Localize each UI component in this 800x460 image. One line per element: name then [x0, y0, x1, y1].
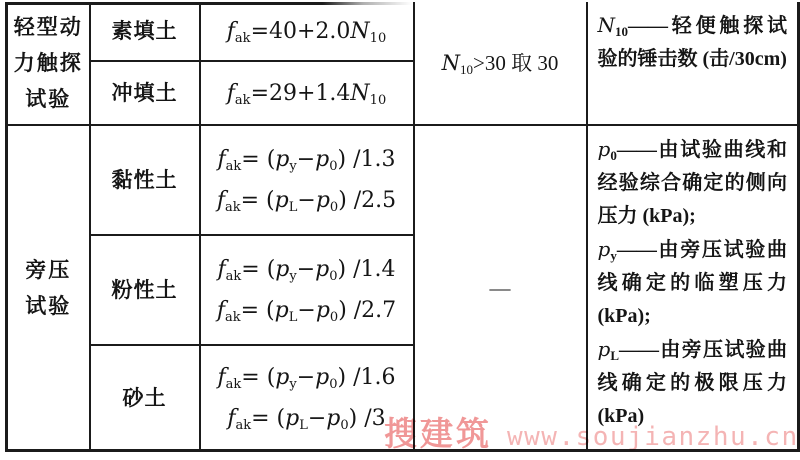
table-row: 旁压 试验 黏性土 fak= (py−p0) /1.3fak= (pL−p0) … — [7, 125, 799, 234]
table-top-border-fragment — [5, 2, 412, 5]
test-method-cell-dynamic-penetration: 轻型动 力触探 试验 — [7, 2, 90, 125]
notes-cell: N10——轻便触探试验的锤击数 (击/30cm) — [587, 2, 799, 125]
soil-type-cell: 冲填土 — [90, 61, 200, 125]
formula-cell: fak=29+1.4N10 — [200, 61, 414, 125]
formula-cell: fak=40+2.0N10 — [200, 2, 414, 61]
table-row: 轻型动 力触探 试验 素填土 fak=40+2.0N10 N10>30 取 30… — [7, 2, 799, 61]
soil-type-cell: 黏性土 — [90, 125, 200, 234]
notes-cell: p0——由试验曲线和经验综合确定的侧向压力 (kPa);py——由旁压试验曲线确… — [587, 125, 799, 450]
soil-type-cell: 素填土 — [90, 2, 200, 61]
condition-cell-empty-dash: — — [414, 125, 587, 450]
scanned-document-page: 轻型动 力触探 试验 素填土 fak=40+2.0N10 N10>30 取 30… — [0, 0, 800, 460]
soil-type-cell: 砂土 — [90, 345, 200, 450]
soil-type-cell: 粉性土 — [90, 235, 200, 345]
formula-cell: fak= (py−p0) /1.4fak= (pL−p0) /2.7 — [200, 235, 414, 345]
bearing-capacity-table: 轻型动 力触探 试验 素填土 fak=40+2.0N10 N10>30 取 30… — [5, 2, 800, 452]
condition-cell: N10>30 取 30 — [414, 2, 587, 125]
test-method-cell-pressuremeter: 旁压 试验 — [7, 125, 90, 450]
formula-cell: fak= (py−p0) /1.6fak= (pL−p0) /3 — [200, 345, 414, 450]
formula-cell: fak= (py−p0) /1.3fak= (pL−p0) /2.5 — [200, 125, 414, 234]
